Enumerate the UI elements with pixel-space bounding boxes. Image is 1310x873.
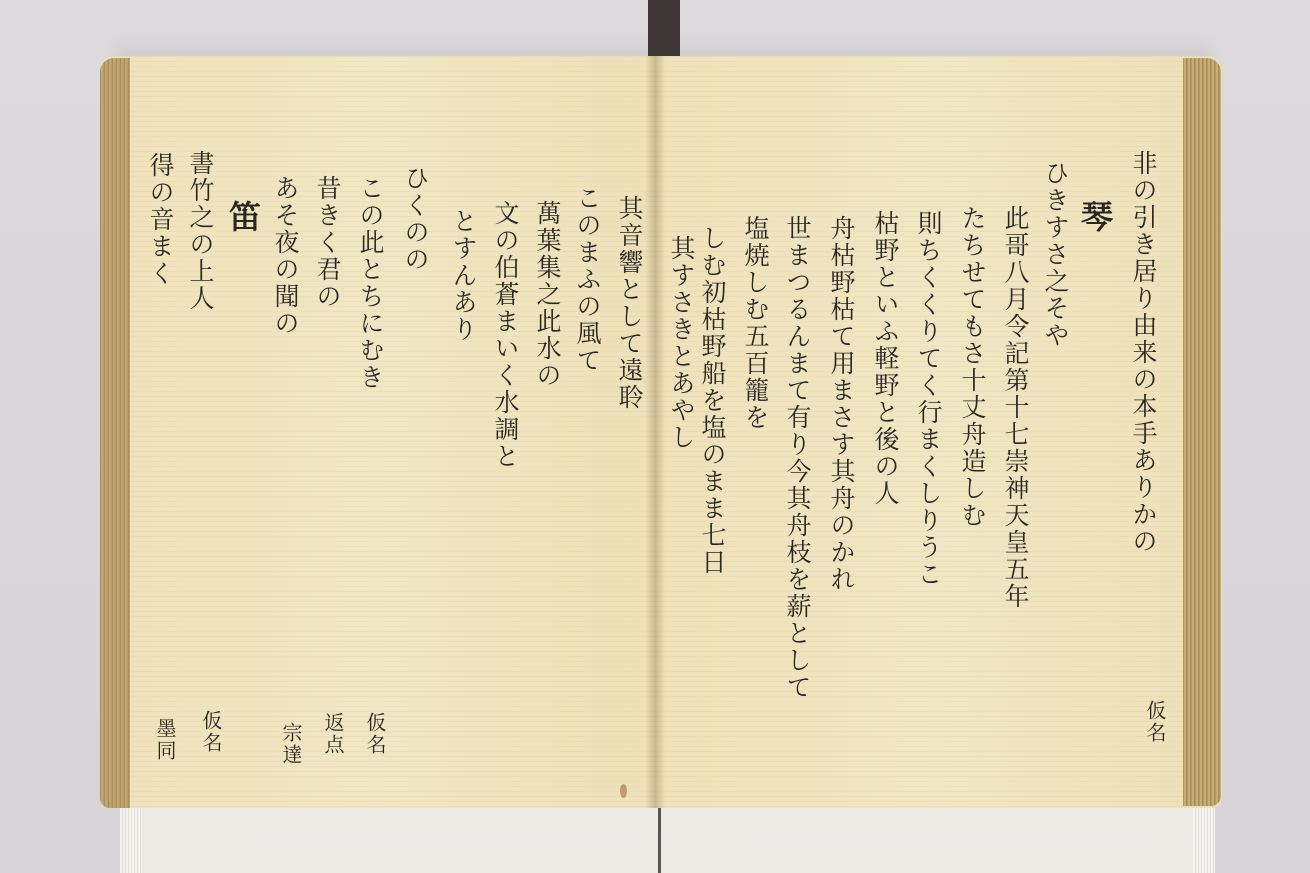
text-column: 昔きく君の: [312, 175, 342, 310]
marginal-note: 仮名: [360, 712, 390, 756]
text-column: ひきすさ之そや: [1040, 160, 1070, 349]
text-column: 其すさきとあやし: [666, 235, 696, 451]
page-edges-right: [1193, 808, 1215, 873]
text-column: しむ初枯野船を塩のまま七日: [697, 225, 727, 576]
text-column: 非の引き居り由来の本手ありかの: [1128, 150, 1158, 555]
text-column: 文の伯蒼まいく水調と: [490, 200, 520, 470]
text-column: 則ちくくりてく行まくしりうこ: [913, 210, 943, 588]
section-heading: 笛: [228, 200, 258, 234]
text-column: ひくのの: [400, 165, 430, 273]
ink-stain: [620, 784, 627, 798]
page-edges-left: [120, 808, 142, 873]
bookmark-ribbon: [648, 0, 680, 62]
section-heading: 琴: [1080, 200, 1110, 234]
left-page: [100, 56, 655, 808]
text-column: 其音響として遠聆: [614, 195, 644, 411]
marginal-note: 宗達: [276, 722, 306, 766]
text-column: とすんあり: [448, 208, 478, 343]
marginal-note: 墨同: [150, 718, 180, 762]
text-column: 書竹之の上人: [185, 150, 215, 312]
marginal-note: 仮名: [196, 710, 226, 754]
text-column: このまふの風て: [572, 185, 602, 374]
text-column: たちせてもさ十丈舟造しむ: [957, 205, 987, 529]
fore-edge-left: [100, 58, 130, 808]
text-column: 枯野といふ軽野と後の人: [870, 210, 900, 507]
marginal-note: 返点: [318, 712, 348, 756]
text-column: 此哥八月令記第十七崇神天皇五年: [1000, 205, 1030, 610]
book-page-block-bottom: [120, 808, 1215, 873]
fore-edge-right: [1183, 58, 1221, 806]
text-column: 得の音まく: [145, 152, 175, 287]
gutter-line: [658, 808, 661, 873]
text-column: 萬葉集之此水の: [532, 200, 562, 389]
text-column: 世まつるんまて有り今其舟枝を薪として: [782, 215, 812, 701]
text-column: 舟枯野枯て用まさす其舟のかれ: [826, 215, 856, 593]
text-column: あそ夜の聞の: [270, 175, 300, 337]
text-column: 塩焼しむ五百籠を: [740, 215, 770, 431]
text-column: この此とちにむき: [355, 175, 385, 391]
marginal-note: 仮名: [1140, 700, 1170, 744]
